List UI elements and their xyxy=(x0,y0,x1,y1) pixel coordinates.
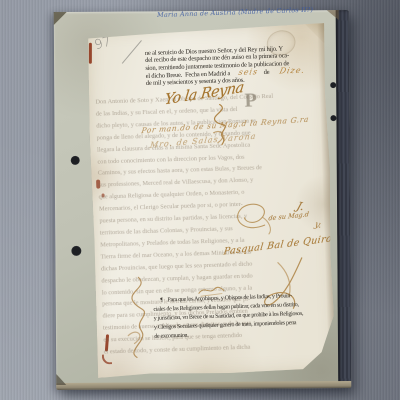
handwritten-month: Dize. xyxy=(279,67,306,75)
tall-rubric-flourish-icon xyxy=(120,275,155,360)
pencil-slash-mark xyxy=(122,40,142,64)
mat-dark-spine-edge xyxy=(336,10,352,388)
red-ink-edge-mark-top xyxy=(89,43,92,64)
photo-of-royal-decree: Maria Anna de Austria (Madre de Carlos I… xyxy=(0,0,400,400)
page-corner-crease xyxy=(301,23,326,44)
punch-hole-left-lower xyxy=(71,246,81,256)
date-line-de: de xyxy=(264,69,270,76)
mat-bottom-edge xyxy=(56,381,351,390)
punch-hole-left-upper xyxy=(71,156,80,165)
punch-hole-right-lower xyxy=(330,115,336,121)
handwritten-day: seis xyxy=(237,68,258,76)
document-page: 97 P Don Antonio de Soto y Xaen, el Obis… xyxy=(86,23,336,379)
mat-corner-chip-top-left xyxy=(54,12,67,25)
tall-rubric-svg xyxy=(120,275,155,360)
punch-hole-right-upper xyxy=(330,82,336,88)
printed-paragraph-docket: ¶ Para que los Arçobispos, y Obispos de … xyxy=(153,291,338,342)
mat-corner-chip-bottom-left xyxy=(56,374,66,385)
